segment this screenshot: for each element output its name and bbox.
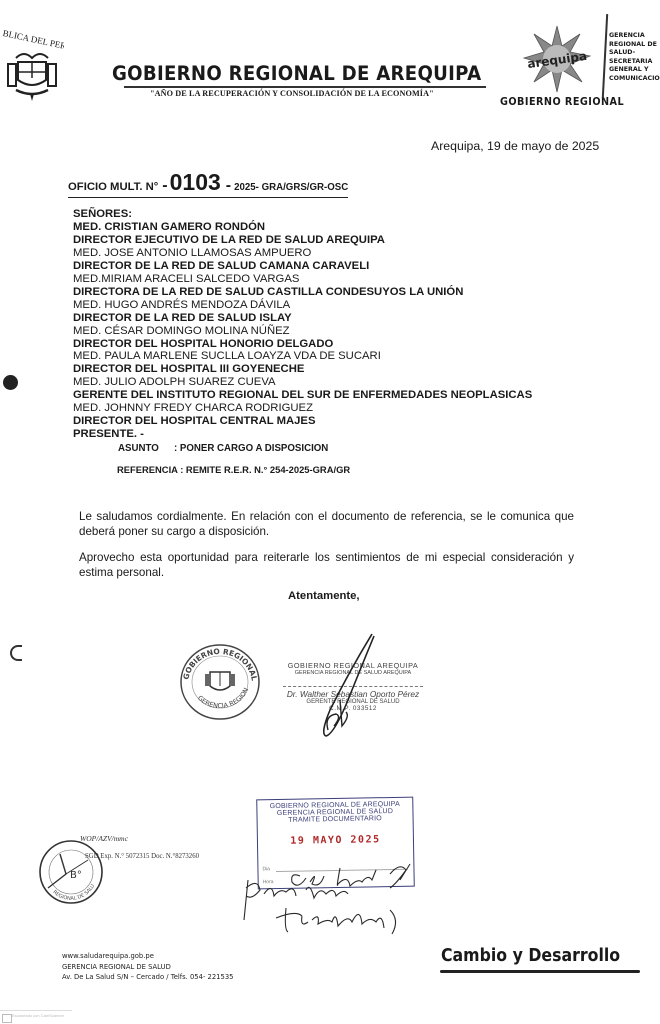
recipient-position: DIRECTOR DEL HOSPITAL CENTRAL MAJES [73, 415, 532, 428]
oficio-number: OFICIO MULT. N° - 0103 - 2025- GRA/GRS/G… [68, 169, 348, 198]
recipient-name: MED.MIRIAM ARACELI SALCEDO VARGAS [73, 273, 532, 286]
slogan-underline [440, 970, 640, 973]
handwritten-signature-icon [290, 630, 390, 745]
gerencia-line: COMUNICACION [609, 75, 660, 84]
scanner-divider [0, 1010, 72, 1011]
referencia-value: : REMITE R.E.R. N.° 254-2025-GRA/GR [178, 464, 351, 475]
header-title: GOBIERNO REGIONAL DE AREQUIPA [112, 62, 481, 85]
sgd-reference: SGD Exp. N.° 5072315 Doc. N.°8273260 [85, 853, 199, 860]
recipient-position: DIRECTOR DE LA RED DE SALUD CAMANA CARAV… [73, 260, 532, 273]
stamp-date: 19 MAYO 2025 [258, 834, 413, 848]
handwritten-note-icon [240, 860, 420, 940]
oficio-dash: - [226, 177, 231, 195]
clip-mark [10, 645, 22, 661]
asunto-value: : PONER CARGO A DISPOSICION [174, 443, 328, 454]
asunto-label: ASUNTO [118, 443, 174, 454]
recipient-position: DIRECTOR DEL HOSPITAL III GOYENECHE [73, 363, 532, 376]
footer-org: GERENCIA REGIONAL DE SALUD [62, 962, 233, 973]
gerencia-line: GENERAL Y [609, 66, 660, 75]
salutation: SEÑORES: [73, 208, 532, 221]
recipient-name: MED. JOSE ANTONIO LLAMOSAS AMPUERO [73, 247, 532, 260]
punch-hole [3, 375, 18, 390]
recipient-name: MED. HUGO ANDRÉS MENDOZA DÁVILA [73, 299, 532, 312]
footer-website[interactable]: www.saludarequipa.gob.pe [62, 951, 233, 962]
official-seal-icon: GOBIERNO REGIONAL DE AREQUIPA GERENCIA R… [178, 642, 262, 722]
recipient-position: DIRECTOR DEL HOSPITAL HONORIO DELGADO [73, 338, 532, 351]
visto-bueno-seal-icon: B° REGIONAL DE SALUD [38, 836, 104, 906]
gerencia-block: GERENCIA REGIONAL DE SALUD- SECRETARIA G… [609, 32, 660, 84]
svg-text:B°: B° [70, 870, 82, 881]
header-rule [124, 86, 486, 88]
oficio-suffix: 2025- GRA/GRS/GR-OSC [234, 182, 348, 193]
svg-text:GOBIERNO REGIONAL DE AREQUIPA: GOBIERNO REGIONAL DE AREQUIPA [178, 642, 259, 684]
header-motto: "AÑO DE LA RECUPERACIÓN Y CONSOLIDACIÓN … [150, 89, 434, 98]
oficio-dash: - [162, 177, 167, 195]
arequipa-sun-logo-icon: arequipa [522, 24, 592, 94]
body-paragraph: Aprovecho esta oportunidad para reiterar… [79, 550, 574, 580]
recipient-position: DIRECTOR DE LA RED DE SALUD ISLAY [73, 312, 532, 325]
referencia-label: REFERENCIA [117, 464, 178, 475]
oficio-prefix: OFICIO MULT. N° [68, 181, 158, 193]
gerencia-line: GERENCIA [609, 32, 660, 41]
typist-initials: WOP/AZV/mmc [80, 834, 128, 843]
date-line: Arequipa, 19 de mayo de 2025 [431, 139, 599, 153]
closing-salutation: Atentamente, [288, 590, 360, 602]
asunto-line: ASUNTO: PONER CARGO A DISPOSICION [118, 443, 328, 454]
recipient-name: MED. JULIO ADOLPH SUAREZ CUEVA [73, 376, 532, 389]
recipient-name: MED. PAULA MARLENE SUCLLA LOAYZA VDA DE … [73, 350, 532, 363]
recipient-position: DIRECTORA DE LA RED DE SALUD CASTILLA CO… [73, 286, 532, 299]
recipients-block: SEÑORES: MED. CRISTIAN GAMERO RONDÓNDIRE… [73, 208, 532, 441]
gerencia-line: SALUD- [609, 49, 660, 58]
footer-contact: www.saludarequipa.gob.pe GERENCIA REGION… [62, 951, 246, 983]
footer-address: Av. De La Salud S/N – Cercado / Telfs. 0… [62, 972, 233, 983]
peru-coat-of-arms-icon: BLICA DEL PERÚ [2, 20, 64, 102]
gerencia-line: SECRETARIA [609, 58, 660, 67]
oficio-num: 0103 [170, 169, 221, 196]
recipient-position: MED. CRISTIAN GAMERO RONDÓN [73, 221, 532, 234]
referencia-line: REFERENCIA : REMITE R.E.R. N.° 254-2025-… [117, 464, 350, 475]
logo-subtitle: GOBIERNO REGIONAL [500, 96, 624, 108]
recipient-position: GERENTE DEL INSTITUTO REGIONAL DEL SUR D… [73, 389, 532, 402]
recipients-closing: PRESENTE. - [73, 428, 532, 441]
body-paragraph: Le saludamos cordialmente. En relación c… [79, 509, 574, 539]
recipient-position: DIRECTOR EJECUTIVO DE LA RED DE SALUD AR… [73, 234, 532, 247]
footer-slogan: Cambio y Desarrollo [441, 946, 620, 966]
camscanner-icon [2, 1014, 12, 1023]
gerencia-line: REGIONAL DE [609, 41, 660, 50]
recipient-name: MED. CÉSAR DOMINGO MOLINA NÚÑEZ [73, 325, 532, 338]
recipient-name: MED. JOHNNY FREDY CHARCA RODRIGUEZ [73, 402, 532, 415]
header-vertical-divider [602, 14, 608, 98]
scanner-watermark: Escaneado con CamScanner [12, 1013, 64, 1018]
